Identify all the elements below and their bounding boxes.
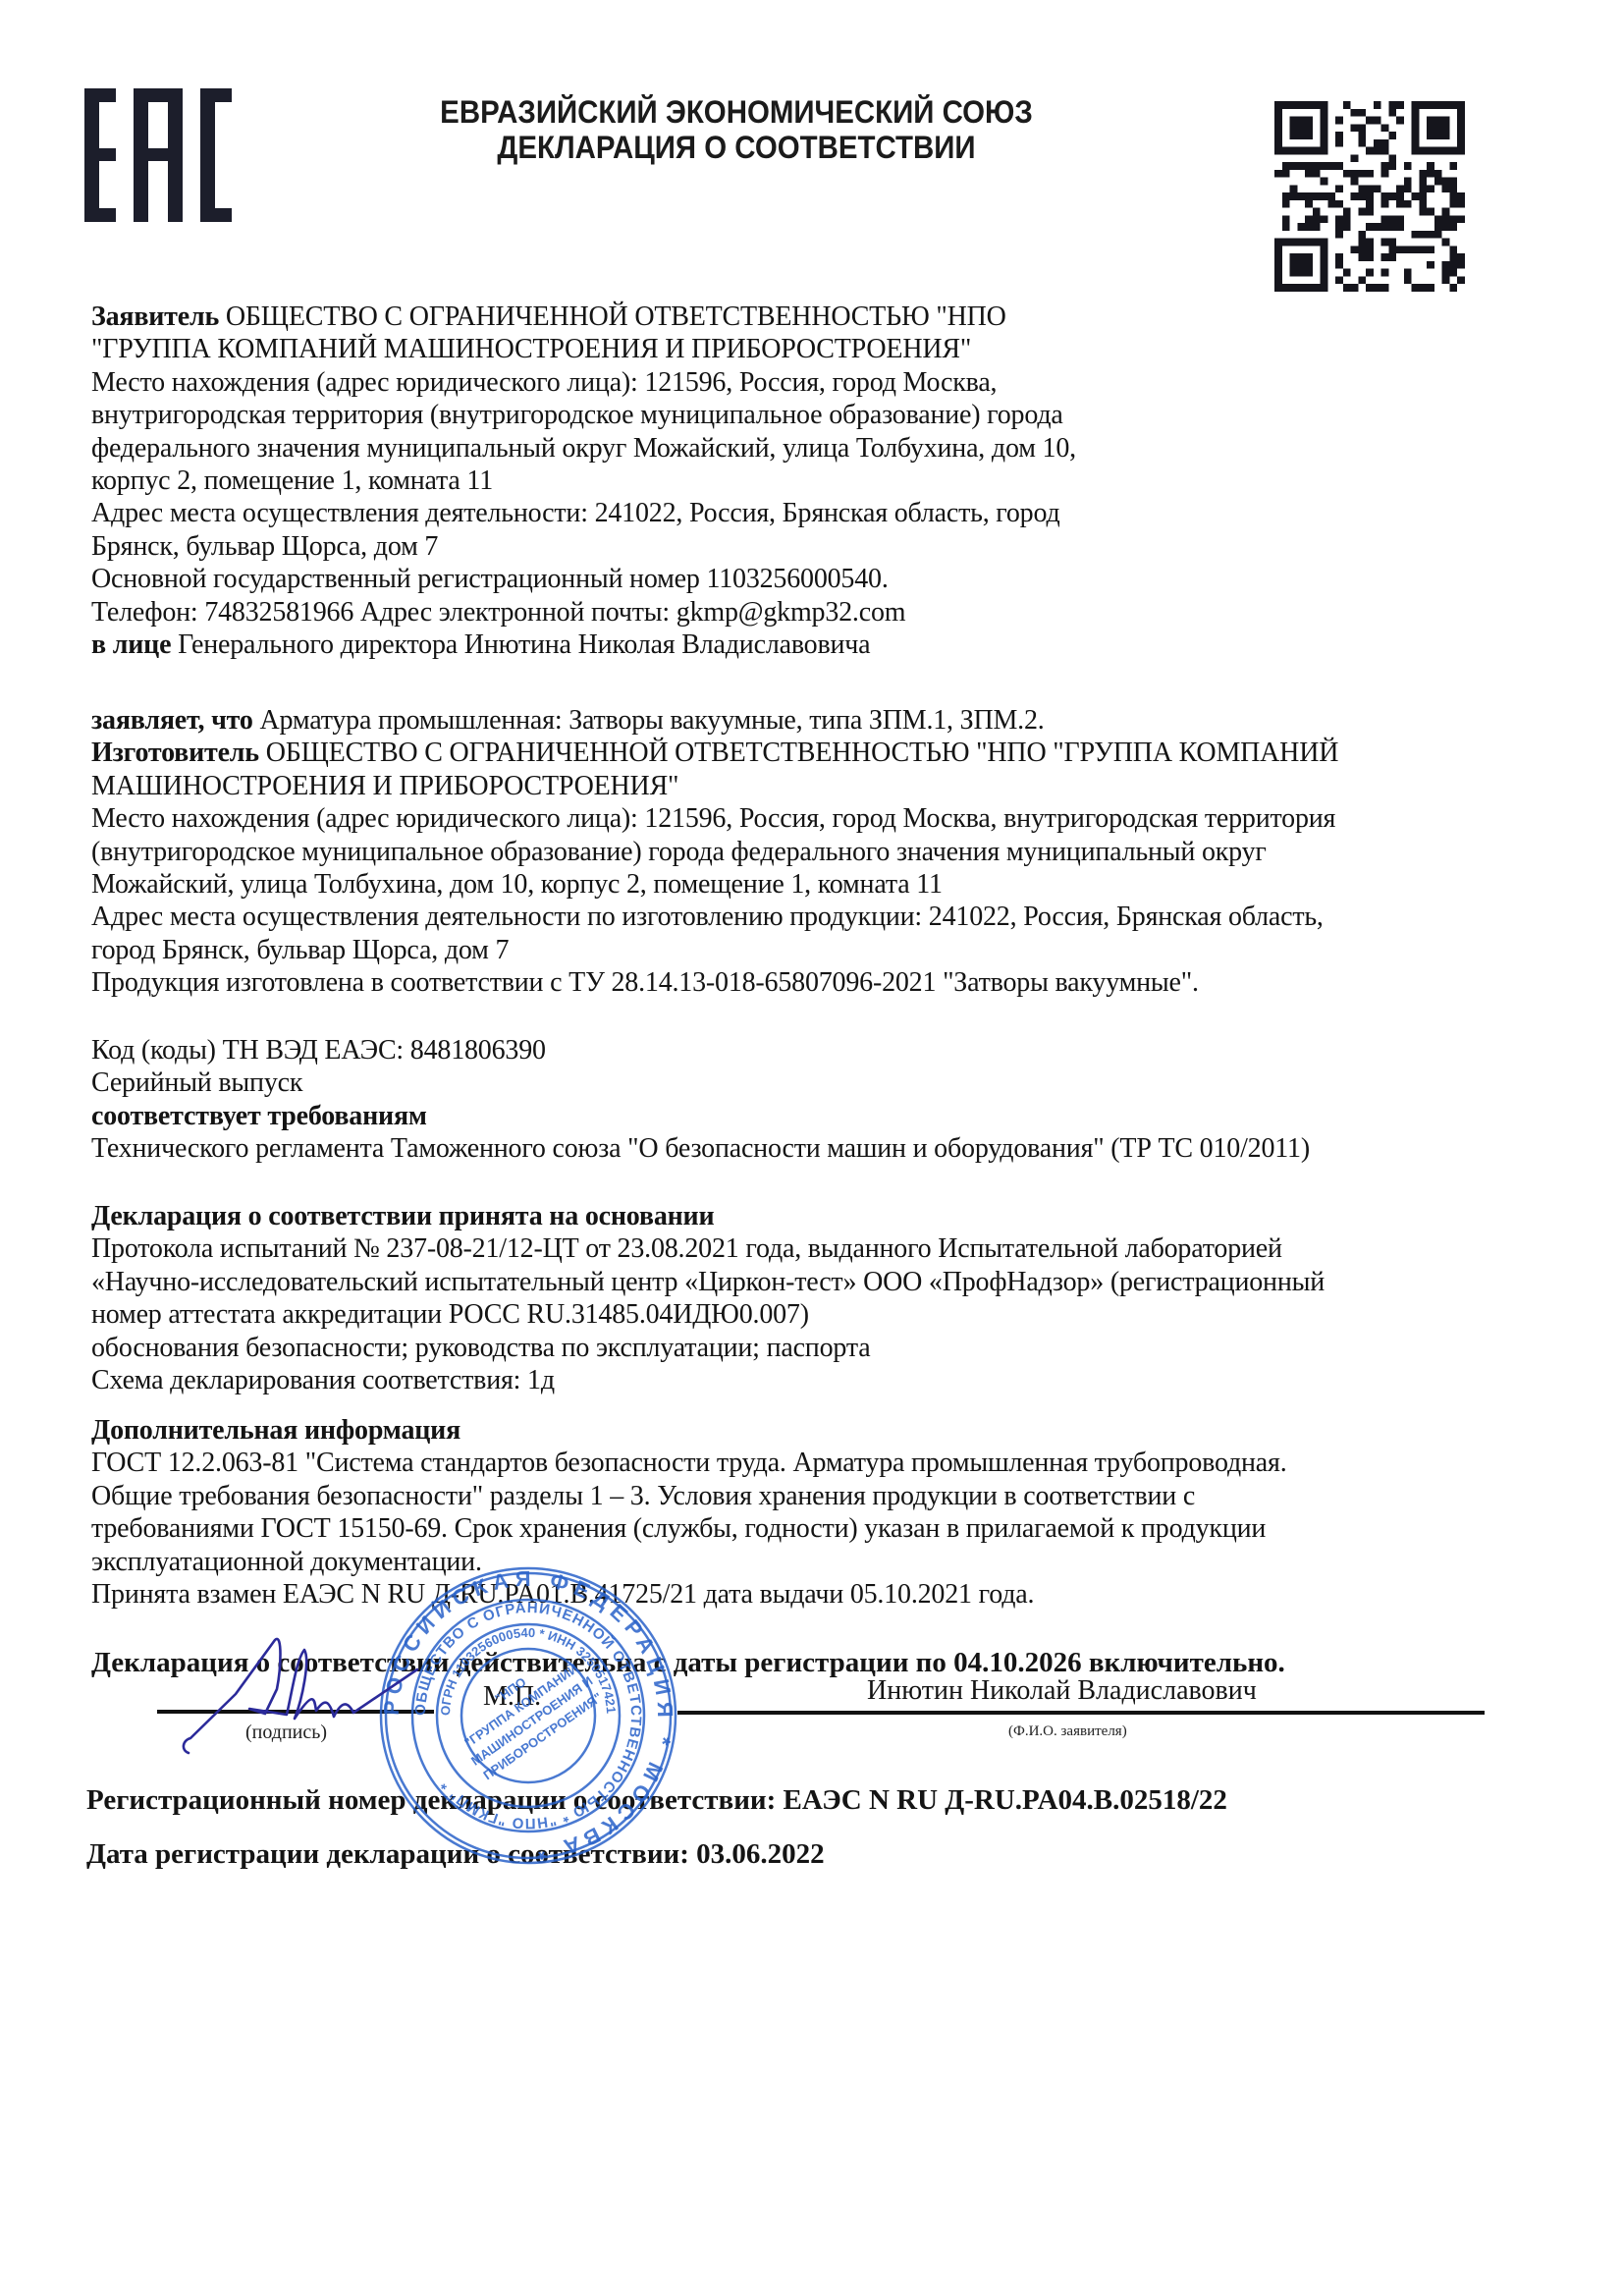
represented-by: Генерального директора Инютина Николая В…	[171, 629, 870, 660]
registration-date: Дата регистрации декларации о соответств…	[86, 1838, 825, 1871]
basis-line: обоснования безопасности; руководства по…	[91, 1332, 1544, 1364]
signer-name: Инютин Николай Владиславович	[867, 1675, 1257, 1707]
applicant-legal-address: корпус 2, помещение 1, комната 11	[91, 465, 1544, 497]
document-header: ЕВРАЗИЙСКИЙ ЭКОНОМИЧЕСКИЙ СОЮЗ ДЕКЛАРАЦИ…	[357, 94, 1116, 165]
manufacturer-legal-address: Место нахождения (адрес юридического лиц…	[91, 802, 1544, 835]
document-title: ДЕКЛАРАЦИЯ О СООТВЕТСТВИИ	[357, 130, 1116, 165]
additional-info-line: требованиями ГОСТ 15150-69. Срок хранени…	[91, 1512, 1544, 1545]
basis-section: Декларация о соответствии принята на осн…	[91, 1200, 1544, 1396]
compliance-label: соответствует требованиям	[91, 1100, 1544, 1132]
registration-number: Регистрационный номер декларации о соотв…	[86, 1784, 1227, 1817]
hs-code: Код (коды) ТН ВЭД ЕАЭС: 8481806390	[91, 1034, 1544, 1066]
applicant-label: Заявитель	[91, 301, 219, 332]
product-description: Арматура промышленная: Затворы вакуумные…	[253, 705, 1045, 736]
compliance-section: Код (коды) ТН ВЭД ЕАЭС: 8481806390 Серий…	[91, 1034, 1544, 1166]
manufacturer-section: заявляет, что Арматура промышленная: Зат…	[91, 704, 1544, 1000]
applicant-contacts: Телефон: 74832581966 Адрес электронной п…	[91, 596, 1544, 629]
svg-text:РОССИЙСКАЯ ФЕДЕРАЦИЯ * МОСКВА: РОССИЙСКАЯ ФЕДЕРАЦИЯ * МОСКВА *	[379, 1566, 678, 1865]
eac-logo	[84, 88, 232, 222]
applicant-ogrn: Основной государственный регистрационный…	[91, 563, 1544, 595]
additional-info-section: Дополнительная информация ГОСТ 12.2.063-…	[91, 1414, 1544, 1611]
applicant-legal-address: внутригородская территория (внутригородс…	[91, 399, 1544, 431]
product-spec: Продукция изготовлена в соответствии с Т…	[91, 966, 1544, 999]
declaration-scheme: Схема декларирования соответствия: 1д	[91, 1364, 1544, 1396]
manufacturer-name: ОБЩЕСТВО С ОГРАНИЧЕННОЙ ОТВЕТСТВЕННОСТЬЮ…	[259, 738, 1338, 768]
applicant-legal-address: Место нахождения (адрес юридического лиц…	[91, 366, 1544, 399]
applicant-section: Заявитель ОБЩЕСТВО С ОГРАНИЧЕННОЙ ОТВЕТС…	[91, 301, 1544, 661]
eac-mark-icon	[84, 88, 232, 222]
additional-info-label: Дополнительная информация	[91, 1414, 1544, 1447]
represented-label: в лице	[91, 629, 171, 660]
qr-code	[1273, 101, 1466, 292]
basis-line: номер аттестата аккредитации РОСС RU.314…	[91, 1298, 1544, 1331]
basis-line: «Научно-исследовательский испытательный …	[91, 1266, 1544, 1298]
additional-info-line: эксплуатационной документации.	[91, 1546, 1544, 1578]
basis-line: Протокола испытаний № 237-08-21/12-ЦТ от…	[91, 1232, 1544, 1265]
additional-info-line: ГОСТ 12.2.063-81 "Система стандартов без…	[91, 1447, 1544, 1479]
manufacturer-legal-address: Можайский, улица Толбухина, дом 10, корп…	[91, 868, 1544, 901]
union-title: ЕВРАЗИЙСКИЙ ЭКОНОМИЧЕСКИЙ СОЮЗ	[357, 94, 1116, 130]
additional-info-line: Общие требования безопасности" разделы 1…	[91, 1480, 1544, 1512]
manufacturer-production-address: Адрес места осуществления деятельности п…	[91, 901, 1544, 933]
name-underline	[677, 1711, 1485, 1715]
signature-caption: (подпись)	[245, 1722, 327, 1744]
signature-underline	[157, 1710, 434, 1714]
basis-label: Декларация о соответствии принята на осн…	[91, 1200, 1544, 1232]
manufacturer-production-address: город Брянск, бульвар Щорса, дом 7	[91, 934, 1544, 966]
applicant-activity-address: Брянск, бульвар Щорса, дом 7	[91, 530, 1544, 563]
applicant-name-cont: "ГРУППА КОМПАНИЙ МАШИНОСТРОЕНИЯ И ПРИБОР…	[91, 333, 1544, 365]
applicant-legal-address: федерального значения муниципальный окру…	[91, 432, 1544, 465]
technical-regulation: Технического регламента Таможенного союз…	[91, 1132, 1544, 1165]
manufacturer-legal-address: (внутригородское муниципальное образован…	[91, 836, 1544, 868]
replaces-declaration: Принята взамен ЕАЭС N RU Д-RU.PA01.B.417…	[91, 1578, 1544, 1611]
manufacturer-label: Изготовитель	[91, 738, 259, 768]
seal-label: М.П.	[483, 1681, 541, 1713]
name-caption: (Ф.И.О. заявителя)	[1008, 1723, 1127, 1740]
declares-label: заявляет, что	[91, 705, 253, 736]
applicant-name: ОБЩЕСТВО С ОГРАНИЧЕННОЙ ОТВЕТСТВЕННОСТЬЮ…	[219, 301, 1006, 332]
production-type: Серийный выпуск	[91, 1066, 1544, 1099]
manufacturer-name-cont: МАШИНОСТРОЕНИЯ И ПРИБОРОСТРОЕНИЯ"	[91, 770, 1544, 802]
qr-code-icon	[1273, 101, 1466, 292]
applicant-activity-address: Адрес места осуществления деятельности: …	[91, 497, 1544, 529]
